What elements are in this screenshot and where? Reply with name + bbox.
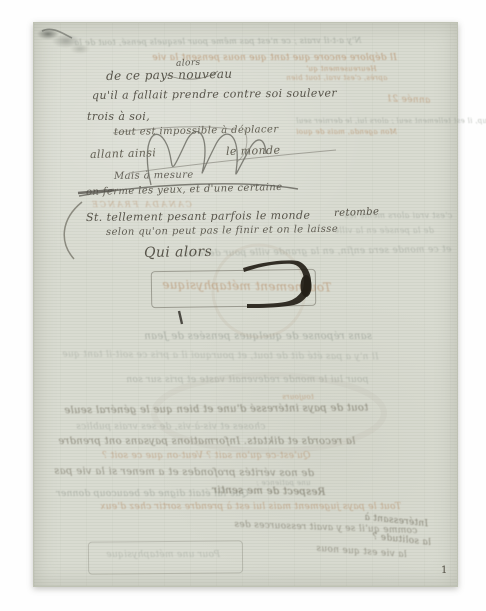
handwritten-line: Mais à mesure [114, 170, 194, 182]
handwritten-line: retombe [334, 206, 380, 219]
handwritten-line: St. tellement pesant parfois le monde [86, 209, 310, 224]
handwritten-line: trois à soi, [87, 110, 150, 123]
bleedthrough-line: choses et vis-à-vis, de ses vrais public… [76, 422, 265, 432]
bleedthrough-line: année 21 [386, 94, 431, 106]
bleedthrough-line: de la pensée en la ville [334, 226, 434, 235]
bleedthrough-line: sans réponse de quelques pensées de Jean [144, 331, 372, 342]
bleedthrough-line: pour lui le monde redevenait vaste et pr… [126, 375, 368, 385]
handwritten-line: allant ainsi [90, 146, 157, 161]
ink-tick [179, 311, 182, 324]
bleedthrough-line: Qu'est-ce qu'on sait ? Veut-on que ce so… [102, 451, 311, 461]
bleedthrough-line: la records et diktats. Informations pays… [58, 436, 355, 447]
handwritten-line: qu'il a fallait prendre contre soi soule… [92, 86, 337, 102]
bleedthrough-line: Mon agenda, mais de quoi [296, 128, 397, 136]
bleedthrough-line: tout de pays intéressé d'une et bien que… [64, 403, 368, 417]
handwritten-line: selon qu'on peut pas le finir et on le l… [106, 224, 338, 238]
bleedthrough-line: et ce monde sera enfin, en la grande vil… [184, 245, 451, 260]
manuscript-page: N'y a-t-il vrais ; ce n'est pas même pou… [33, 22, 458, 587]
bleedthrough-bottom-box-text: Pour une métaphysique [106, 550, 220, 560]
page-number: 1 [441, 565, 447, 576]
screenshot-root: { "document": { "type": "handwritten man… [0, 0, 486, 611]
handwritten-line: tout est impossible à déplacer [114, 124, 279, 138]
handwritten-line: le monde [226, 144, 281, 158]
bleedthrough-line: tout à coup, il est tellement seul ; alo… [296, 117, 486, 125]
bleedthrough-line: la vie est que nous [316, 544, 407, 560]
bleedthrough-line: N'y a-t-il vrais ; ce n'est pas même pou… [74, 36, 361, 48]
bleedthrough-line: de nos vérités profondes et a mener si l… [54, 466, 314, 479]
bleedthrough-boxed-title: Tournement métaphysique [162, 278, 332, 295]
handwritten-line: on ferme les yeux, et d'une certaine [86, 182, 283, 198]
big-parenthesis [64, 202, 82, 259]
bleedthrough-line: toujours [282, 393, 314, 401]
handwritten-line: de ce pays nouveau [106, 67, 233, 83]
bleedthrough-line: Heureusement qu' [306, 65, 377, 73]
bleedthrough-line: CANADA FRANCE [90, 200, 192, 209]
bleedthrough-line: Il n'y a pas été dit de tout, et pourquo… [62, 350, 379, 363]
bleedthrough-line: Tout le pays jugement mais lui est à pre… [100, 502, 401, 512]
bleedthrough-line: Respect de me sentir [212, 485, 325, 498]
bleedthrough-line: la solitude ? [372, 532, 432, 548]
bleedthrough-line: après, c'est vrai, tout bien [286, 74, 387, 82]
handwritten-line: Qui alors [144, 244, 212, 261]
